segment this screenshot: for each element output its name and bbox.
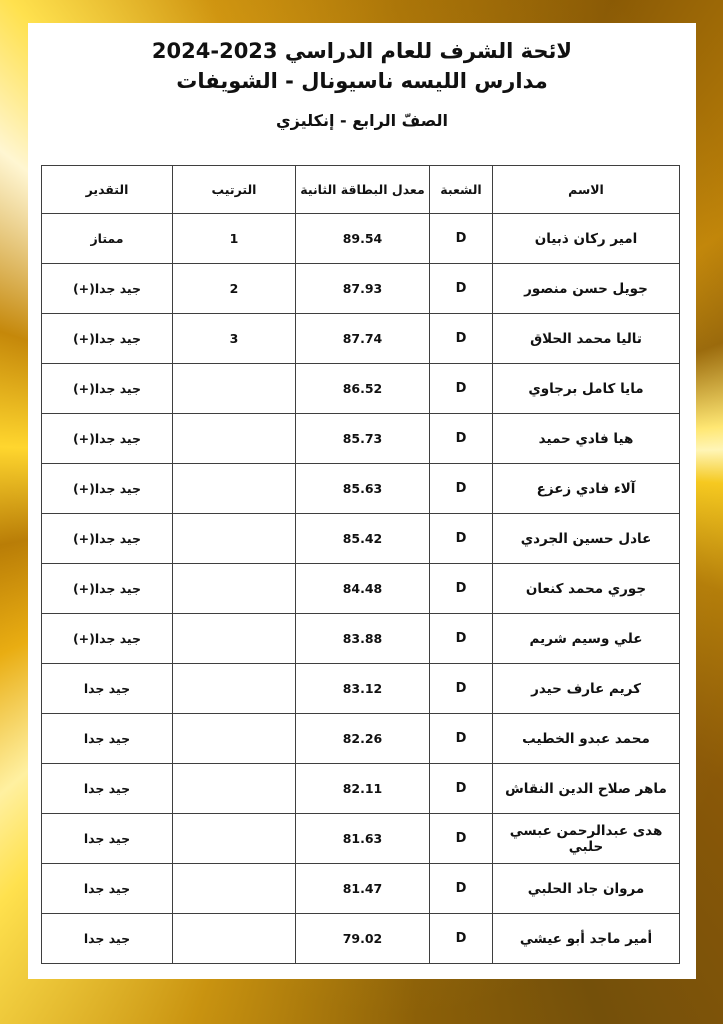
- grade-cell: جيد جدا(+): [42, 564, 173, 614]
- table-row: محمد عبدو الخطيب D 82.26 جيد جدا: [42, 714, 680, 764]
- grade-cell: جيد جدا: [42, 814, 173, 864]
- student-name-cell: عادل حسين الجردي: [493, 514, 680, 564]
- section-cell: D: [430, 514, 493, 564]
- section-cell: D: [430, 764, 493, 814]
- rank-cell: [173, 464, 296, 514]
- section-cell: D: [430, 614, 493, 664]
- average-cell: 82.26: [296, 714, 430, 764]
- table-row: مروان جاد الحلبي D 81.47 جيد جدا: [42, 864, 680, 914]
- section-cell: D: [430, 364, 493, 414]
- document-header: لائحة الشرف للعام الدراسي 2023-2024 مدار…: [28, 23, 696, 130]
- table-row: جويل حسن منصور D 87.93 2 جيد جدا(+): [42, 264, 680, 314]
- rank-cell: [173, 814, 296, 864]
- average-cell: 84.48: [296, 564, 430, 614]
- grade-cell: جيد جدا(+): [42, 364, 173, 414]
- rank-cell: [173, 864, 296, 914]
- student-name-cell: كريم عارف حيدر: [493, 664, 680, 714]
- column-header-section: الشعبة: [430, 166, 493, 214]
- rank-cell: 2: [173, 264, 296, 314]
- average-cell: 81.47: [296, 864, 430, 914]
- student-name-cell: ماهر صلاح الدين النقاش: [493, 764, 680, 814]
- average-cell: 83.12: [296, 664, 430, 714]
- grade-cell: جيد جدا: [42, 764, 173, 814]
- student-name-cell: امير ركان ذبيان: [493, 214, 680, 264]
- table-row: عادل حسين الجردي D 85.42 جيد جدا(+): [42, 514, 680, 564]
- student-name-cell: محمد عبدو الخطيب: [493, 714, 680, 764]
- section-cell: D: [430, 814, 493, 864]
- student-name-cell: جويل حسن منصور: [493, 264, 680, 314]
- average-cell: 87.93: [296, 264, 430, 314]
- rank-cell: [173, 914, 296, 964]
- table-row: كريم عارف حيدر D 83.12 جيد جدا: [42, 664, 680, 714]
- document-title-line1: لائحة الشرف للعام الدراسي 2023-2024: [28, 36, 696, 66]
- average-cell: 87.74: [296, 314, 430, 364]
- student-name-cell: هيا فادي حميد: [493, 414, 680, 464]
- student-name-cell: جوري محمد كنعان: [493, 564, 680, 614]
- column-header-grade: التقدير: [42, 166, 173, 214]
- rank-cell: [173, 364, 296, 414]
- column-header-rank: الترتيب: [173, 166, 296, 214]
- student-name-cell: مايا كامل برجاوي: [493, 364, 680, 414]
- section-cell: D: [430, 314, 493, 364]
- table-row: ماهر صلاح الدين النقاش D 82.11 جيد جدا: [42, 764, 680, 814]
- section-cell: D: [430, 714, 493, 764]
- student-name-cell: مروان جاد الحلبي: [493, 864, 680, 914]
- average-cell: 83.88: [296, 614, 430, 664]
- class-subtitle: الصفّ الرابع - إنكليزي: [28, 111, 696, 130]
- grade-cell: جيد جدا(+): [42, 614, 173, 664]
- rank-cell: [173, 564, 296, 614]
- table-row: هدى عبدالرحمن عبسي حلبي D 81.63 جيد جدا: [42, 814, 680, 864]
- rank-cell: [173, 614, 296, 664]
- grade-cell: جيد جدا(+): [42, 264, 173, 314]
- table-row: أمير ماجد أبو عيشي D 79.02 جيد جدا: [42, 914, 680, 964]
- grade-cell: جيد جدا(+): [42, 464, 173, 514]
- section-cell: D: [430, 564, 493, 614]
- rank-cell: 1: [173, 214, 296, 264]
- section-cell: D: [430, 664, 493, 714]
- student-name-cell: تاليا محمد الحلاق: [493, 314, 680, 364]
- student-name-cell: آلاء فادي زعزع: [493, 464, 680, 514]
- student-name-cell: أمير ماجد أبو عيشي: [493, 914, 680, 964]
- table-row: تاليا محمد الحلاق D 87.74 3 جيد جدا(+): [42, 314, 680, 364]
- honor-roll-table: الاسم الشعبة معدل البطاقة الثانية الترتي…: [41, 165, 680, 964]
- rank-cell: [173, 664, 296, 714]
- section-cell: D: [430, 214, 493, 264]
- section-cell: D: [430, 414, 493, 464]
- average-cell: 82.11: [296, 764, 430, 814]
- table-row: آلاء فادي زعزع D 85.63 جيد جدا(+): [42, 464, 680, 514]
- rank-cell: 3: [173, 314, 296, 364]
- grade-cell: جيد جدا: [42, 714, 173, 764]
- table-row: مايا كامل برجاوي D 86.52 جيد جدا(+): [42, 364, 680, 414]
- section-cell: D: [430, 464, 493, 514]
- average-cell: 85.73: [296, 414, 430, 464]
- table-row: هيا فادي حميد D 85.73 جيد جدا(+): [42, 414, 680, 464]
- table-row: امير ركان ذبيان D 89.54 1 ممتاز: [42, 214, 680, 264]
- rank-cell: [173, 764, 296, 814]
- average-cell: 81.63: [296, 814, 430, 864]
- section-cell: D: [430, 864, 493, 914]
- rank-cell: [173, 414, 296, 464]
- grade-cell: جيد جدا(+): [42, 314, 173, 364]
- table-header-row: الاسم الشعبة معدل البطاقة الثانية الترتي…: [42, 166, 680, 214]
- table-row: علي وسيم شريم D 83.88 جيد جدا(+): [42, 614, 680, 664]
- section-cell: D: [430, 914, 493, 964]
- grade-cell: جيد جدا: [42, 664, 173, 714]
- grade-cell: جيد جدا: [42, 914, 173, 964]
- section-cell: D: [430, 264, 493, 314]
- grade-cell: جيد جدا(+): [42, 414, 173, 464]
- average-cell: 85.42: [296, 514, 430, 564]
- rank-cell: [173, 514, 296, 564]
- average-cell: 79.02: [296, 914, 430, 964]
- average-cell: 89.54: [296, 214, 430, 264]
- average-cell: 85.63: [296, 464, 430, 514]
- grade-cell: جيد جدا(+): [42, 514, 173, 564]
- student-name-cell: هدى عبدالرحمن عبسي حلبي: [493, 814, 680, 864]
- student-name-cell: علي وسيم شريم: [493, 614, 680, 664]
- column-header-name: الاسم: [493, 166, 680, 214]
- column-header-average: معدل البطاقة الثانية: [296, 166, 430, 214]
- rank-cell: [173, 714, 296, 764]
- table-row: جوري محمد كنعان D 84.48 جيد جدا(+): [42, 564, 680, 614]
- document-page: لائحة الشرف للعام الدراسي 2023-2024 مدار…: [28, 23, 696, 979]
- grade-cell: جيد جدا: [42, 864, 173, 914]
- grade-cell: ممتاز: [42, 214, 173, 264]
- document-title-line2: مدارس الليسه ناسيونال - الشويفات: [28, 66, 696, 96]
- average-cell: 86.52: [296, 364, 430, 414]
